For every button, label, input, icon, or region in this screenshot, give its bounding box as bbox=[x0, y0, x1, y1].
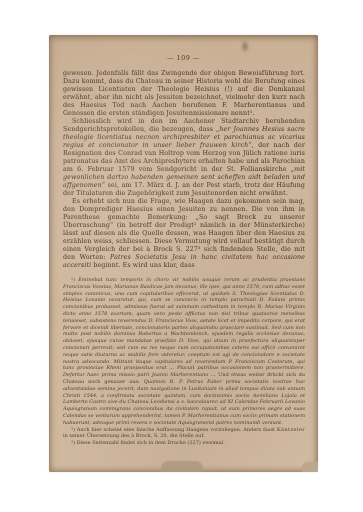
text-segment: ²) Auch hier scheint eine falsche Auffas… bbox=[71, 427, 277, 433]
footnote-block: ¹) Eminebat tunc temporis in choro vir n… bbox=[63, 277, 305, 447]
footnote-1: ¹) Eminebat tunc temporis in choro vir n… bbox=[63, 277, 305, 427]
footnote-2: ²) Auch hier scheint eine falsche Auffas… bbox=[63, 427, 305, 441]
page-number: — 109 — bbox=[49, 54, 318, 62]
text-segment: ³) Diese Seitenzahl findet sich in dem D… bbox=[71, 440, 225, 446]
text-segment: Es erhebt sich nun die Frage, wie Haagen… bbox=[63, 198, 305, 261]
text-segment: in seiner Übersetzung des à Brock, S. 20… bbox=[63, 433, 205, 439]
ink-smudge bbox=[241, 40, 249, 53]
paragraph-sendgericht: Schliesslich wird in den im Aachener Sta… bbox=[63, 118, 305, 198]
book-page: — 109 — gewesen. Jedenfalls fällt das Zw… bbox=[49, 35, 318, 472]
text-segment: gewesen. Jedenfalls fällt das Zwingende … bbox=[63, 70, 305, 117]
paragraph-continuation: gewesen. Jedenfalls fällt das Zwingende … bbox=[63, 70, 305, 118]
spaced-name-segment: Käntzeler bbox=[277, 427, 305, 433]
scan-artifact-corner-tab bbox=[302, 462, 318, 472]
scan-artifact-bottom-tab bbox=[161, 461, 203, 472]
main-text-block: gewesen. Jedenfalls fällt das Zwingende … bbox=[63, 70, 305, 270]
text-segment: beginnt. Es wird uns klar, dass bbox=[91, 262, 194, 269]
latin-footnote-segment: Eminebat tunc temporis in choro vir nobi… bbox=[63, 277, 305, 378]
latin-footnote-segment: Quamvis R. P. Petrus Faber prima societa… bbox=[63, 379, 305, 426]
scan-surround: — 109 — gewesen. Jedenfalls fällt das Zw… bbox=[0, 0, 363, 512]
paragraph-haagen-question: Es erhebt sich nun die Frage, wie Haagen… bbox=[63, 198, 305, 270]
footnote-3: ³) Diese Seitenzahl findet sich in dem D… bbox=[63, 440, 305, 447]
